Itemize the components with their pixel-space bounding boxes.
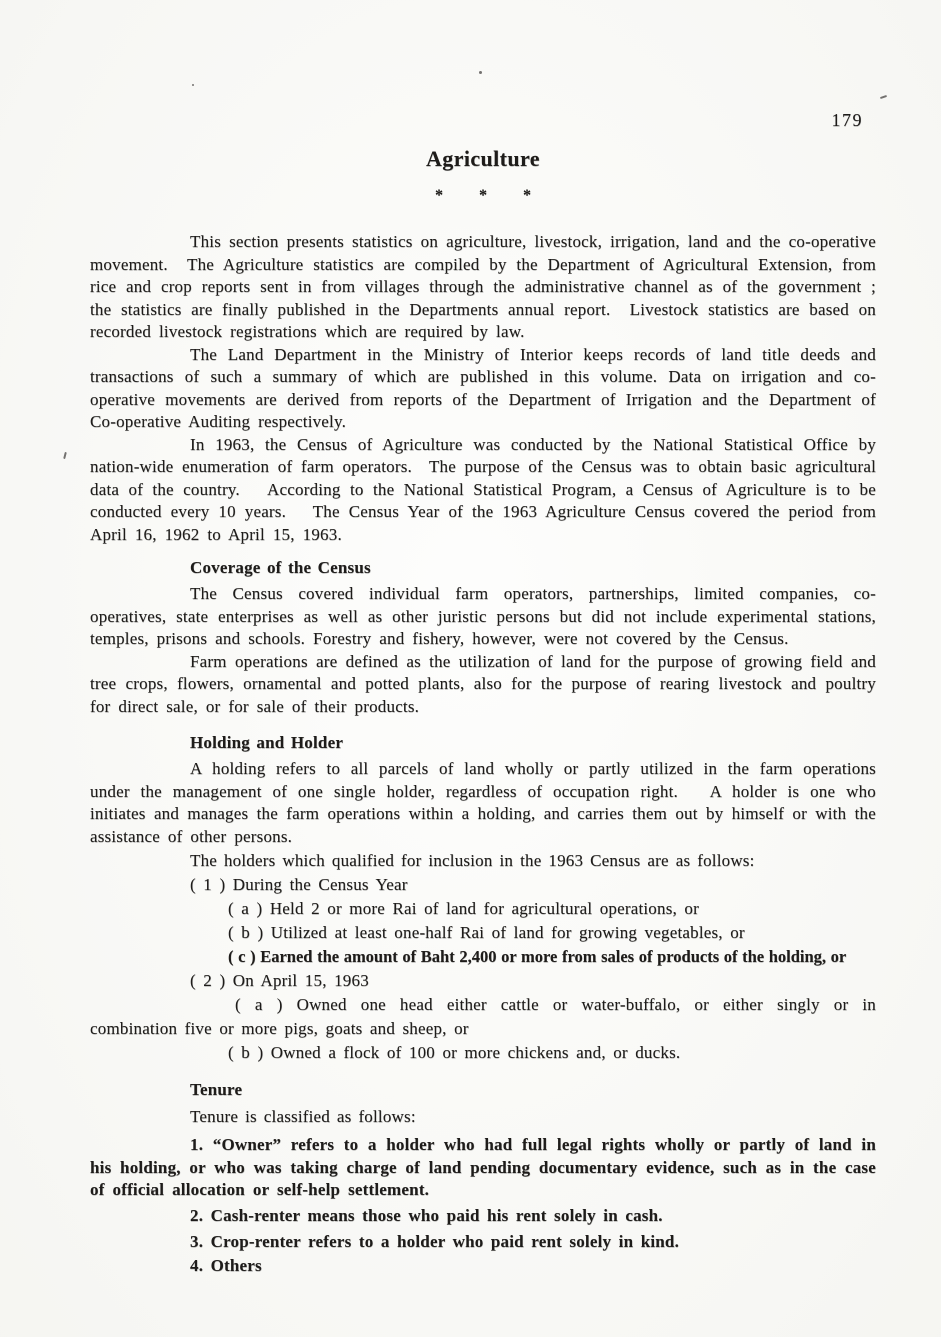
scan-speck — [192, 84, 194, 86]
intro-paragraph-3: In 1963, the Census of Agriculture was c… — [90, 434, 876, 547]
coverage-section-heading: Coverage of the Census — [190, 558, 876, 578]
holding-section-heading: Holding and Holder — [190, 733, 876, 753]
tenure-item-3: 3. Crop-renter refers to a holder who pa… — [190, 1230, 876, 1254]
coverage-paragraph-2: Farm operations are defined as the utili… — [90, 651, 876, 719]
census-list-item-1a: ( a ) Held 2 or more Rai of land for agr… — [228, 897, 876, 921]
holders-qualification-line: The holders which qualified for inclusio… — [190, 849, 876, 873]
census-list-item-2b: ( b ) Owned a flock of 100 or more chick… — [228, 1041, 876, 1065]
page-title: Agriculture — [90, 146, 876, 172]
scan-speck — [479, 71, 482, 74]
census-list-item-2a: ( a ) Owned one head either cattle or wa… — [90, 993, 876, 1041]
document-page: 179 Agriculture * * * This section prese… — [0, 0, 941, 1337]
page-number: 179 — [832, 110, 864, 131]
census-list-item-1c: ( c ) Earned the amount of Baht 2,400 or… — [228, 945, 876, 969]
tenure-intro-line: Tenure is classified as follows: — [190, 1105, 876, 1129]
tenure-list: 1. “Owner” refers to a holder who had fu… — [90, 1134, 876, 1278]
census-list-item-1: ( 1 ) During the Census Year — [190, 873, 876, 897]
coverage-paragraph-1: The Census covered individual farm opera… — [90, 583, 876, 651]
intro-paragraph-2: The Land Department in the Ministry of I… — [90, 344, 876, 434]
tenure-item-1: 1. “Owner” refers to a holder who had fu… — [90, 1134, 876, 1202]
intro-paragraph-1: This section presents statistics on agri… — [90, 231, 876, 344]
stars-divider: * * * — [90, 187, 876, 205]
tenure-item-4: 4. Others — [190, 1254, 876, 1278]
census-list-item-1b: ( b ) Utilized at least one-half Rai of … — [228, 921, 876, 945]
tenure-section-heading: Tenure — [190, 1080, 876, 1100]
census-list-item-2: ( 2 ) On April 15, 1963 — [190, 969, 876, 993]
tenure-item-2: 2. Cash-renter means those who paid his … — [190, 1204, 876, 1228]
holding-paragraph-1: A holding refers to all parcels of land … — [90, 758, 876, 848]
census-qualification-list: ( 1 ) During the Census Year ( a ) Held … — [90, 873, 876, 1065]
scan-speck — [63, 452, 67, 459]
scan-speck — [880, 95, 887, 99]
